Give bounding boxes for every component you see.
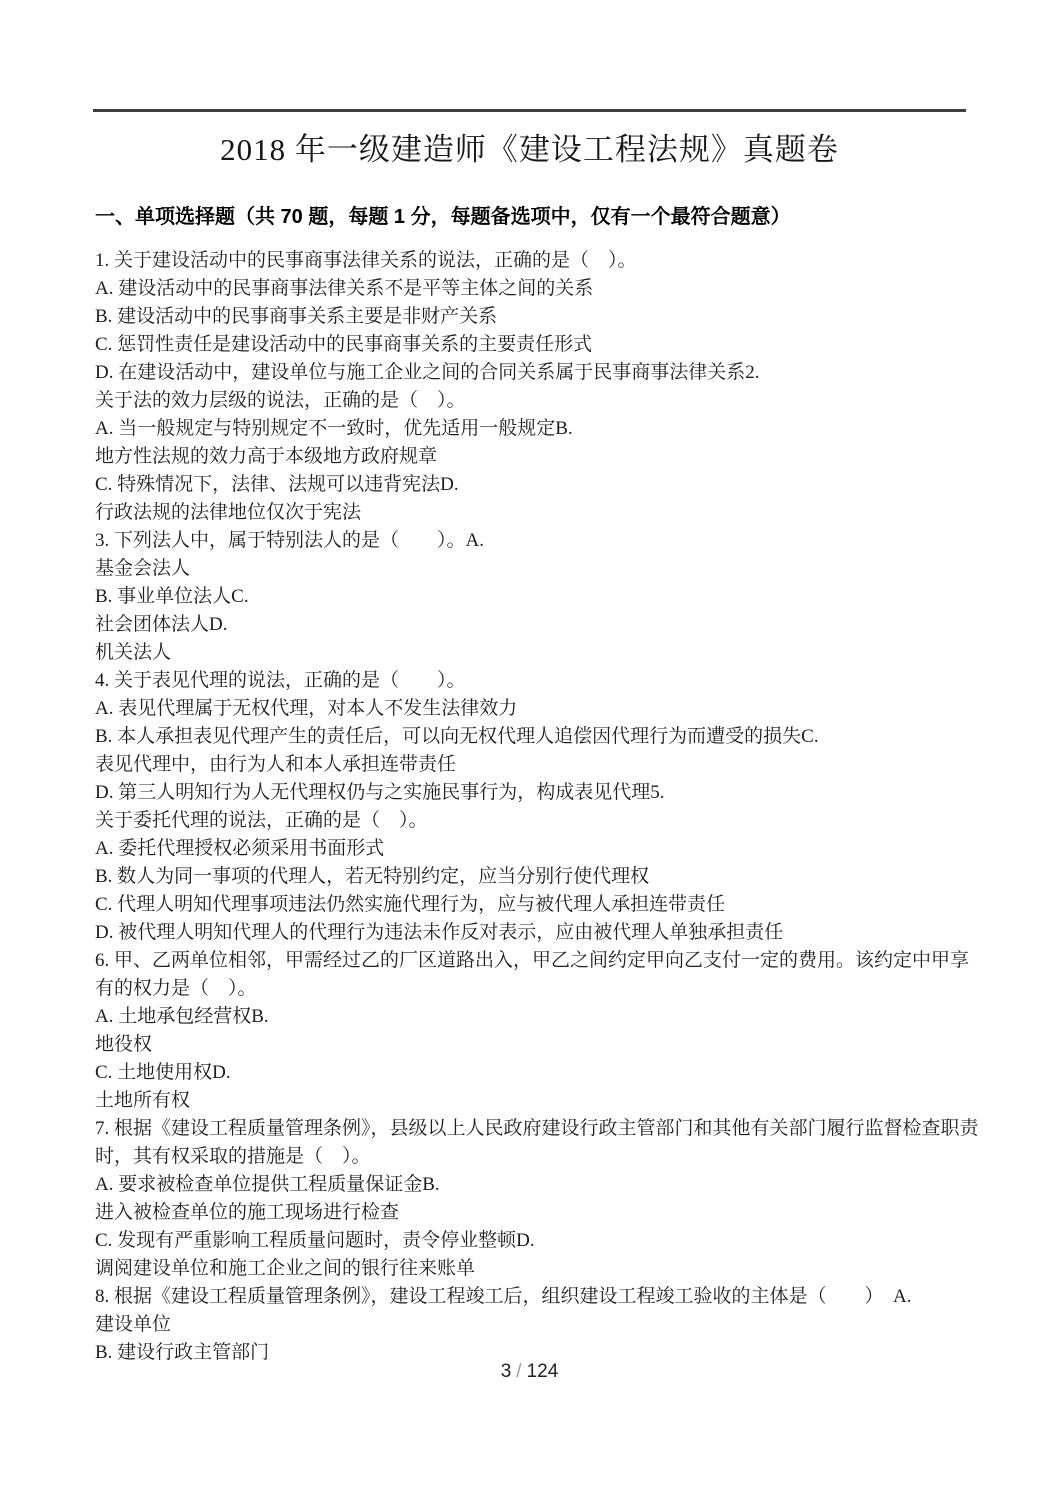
text-line: C. 惩罚性责任是建设活动中的民事商事关系的主要责任形式 bbox=[95, 331, 985, 359]
text-line: 进入被检查单位的施工现场进行检查 bbox=[95, 1199, 985, 1227]
question-lines: 1. 关于建设活动中的民事商事法律关系的说法，正确的是（ ）。A. 建设活动中的… bbox=[95, 247, 985, 1367]
text-line: 表见代理中，由行为人和本人承担连带责任 bbox=[95, 751, 985, 779]
text-line: C. 代理人明知代理事项违法仍然实施代理行为，应与被代理人承担连带责任 bbox=[95, 891, 985, 919]
text-line: 基金会法人 bbox=[95, 555, 985, 583]
text-line: A. 要求被检查单位提供工程质量保证金B. bbox=[95, 1171, 985, 1199]
document-page: 2018 年一级建造师《建设工程法规》真题卷 一、单项选择题（共 70 题，每题… bbox=[0, 0, 1059, 1497]
text-line: A. 表见代理属于无权代理，对本人不发生法律效力 bbox=[95, 695, 985, 723]
section-heading: 一、单项选择题（共 70 题，每题 1 分，每题备选项中，仅有一个最符合题意） bbox=[95, 202, 791, 232]
text-line: B. 数人为同一事项的代理人，若无特别约定，应当分别行使代理权 bbox=[95, 863, 985, 891]
text-line: B. 建设活动中的民事商事关系主要是非财产关系 bbox=[95, 303, 985, 331]
page-number-separator: / bbox=[511, 1361, 526, 1382]
total-page-count: 124 bbox=[527, 1361, 559, 1382]
text-line: A. 当一般规定与特别规定不一致时，优先适用一般规定B. bbox=[95, 415, 985, 443]
text-line: 行政法规的法律地位仅次于宪法 bbox=[95, 499, 985, 527]
text-line: 调阅建设单位和施工企业之间的银行往来账单 bbox=[95, 1255, 985, 1283]
text-line: A. 土地承包经营权B. bbox=[95, 1003, 985, 1031]
text-line: 社会团体法人D. bbox=[95, 611, 985, 639]
text-line: 关于法的效力层级的说法，正确的是（ ）。 bbox=[95, 387, 985, 415]
text-line: 6. 甲、乙两单位相邻，甲需经过乙的厂区道路出入，甲乙之间约定甲向乙支付一定的费… bbox=[95, 947, 985, 975]
text-line: D. 被代理人明知代理人的代理行为违法未作反对表示，应由被代理人单独承担责任 bbox=[95, 919, 985, 947]
text-line: 时，其有权采取的措施是（ ）。 bbox=[95, 1143, 985, 1171]
page-footer: 3/124 bbox=[0, 1360, 1059, 1384]
text-line: C. 发现有严重影响工程质量问题时，责令停业整顿D. bbox=[95, 1227, 985, 1255]
current-page-number: 3 bbox=[501, 1361, 512, 1382]
text-line: 地方性法规的效力高于本级地方政府规章 bbox=[95, 443, 985, 471]
text-line: D. 在建设活动中，建设单位与施工企业之间的合同关系属于民事商事法律关系2. bbox=[95, 359, 985, 387]
text-line: A. 委托代理授权必须采用书面形式 bbox=[95, 835, 985, 863]
text-line: B. 本人承担表见代理产生的责任后，可以向无权代理人追偿因代理行为而遭受的损失C… bbox=[95, 723, 985, 751]
text-line: 4. 关于表见代理的说法，正确的是（ ）。 bbox=[95, 667, 985, 695]
text-line: 1. 关于建设活动中的民事商事法律关系的说法，正确的是（ ）。 bbox=[95, 247, 985, 275]
text-line: 地役权 bbox=[95, 1031, 985, 1059]
page-title: 2018 年一级建造师《建设工程法规》真题卷 bbox=[0, 129, 1059, 171]
text-line: 建设单位 bbox=[95, 1311, 985, 1339]
text-line: D. 第三人明知行为人无代理权仍与之实施民事行为，构成表见代理5. bbox=[95, 779, 985, 807]
text-line: C. 特殊情况下，法律、法规可以违背宪法D. bbox=[95, 471, 985, 499]
text-line: 8. 根据《建设工程质量管理条例》，建设工程竣工后，组织建设工程竣工验收的主体是… bbox=[95, 1283, 985, 1311]
text-line: C. 土地使用权D. bbox=[95, 1059, 985, 1087]
text-line: 土地所有权 bbox=[95, 1087, 985, 1115]
text-line: 7. 根据《建设工程质量管理条例》，县级以上人民政府建设行政主管部门和其他有关部… bbox=[95, 1115, 985, 1143]
text-line: 3. 下列法人中，属于特别法人的是（ ）。A. bbox=[95, 527, 985, 555]
text-line: 机关法人 bbox=[95, 639, 985, 667]
text-line: A. 建设活动中的民事商事法律关系不是平等主体之间的关系 bbox=[95, 275, 985, 303]
text-line: 有的权力是（ ）。 bbox=[95, 975, 985, 1003]
text-line: B. 事业单位法人C. bbox=[95, 583, 985, 611]
header-rule bbox=[93, 109, 966, 112]
text-line: 关于委托代理的说法，正确的是（ ）。 bbox=[95, 807, 985, 835]
